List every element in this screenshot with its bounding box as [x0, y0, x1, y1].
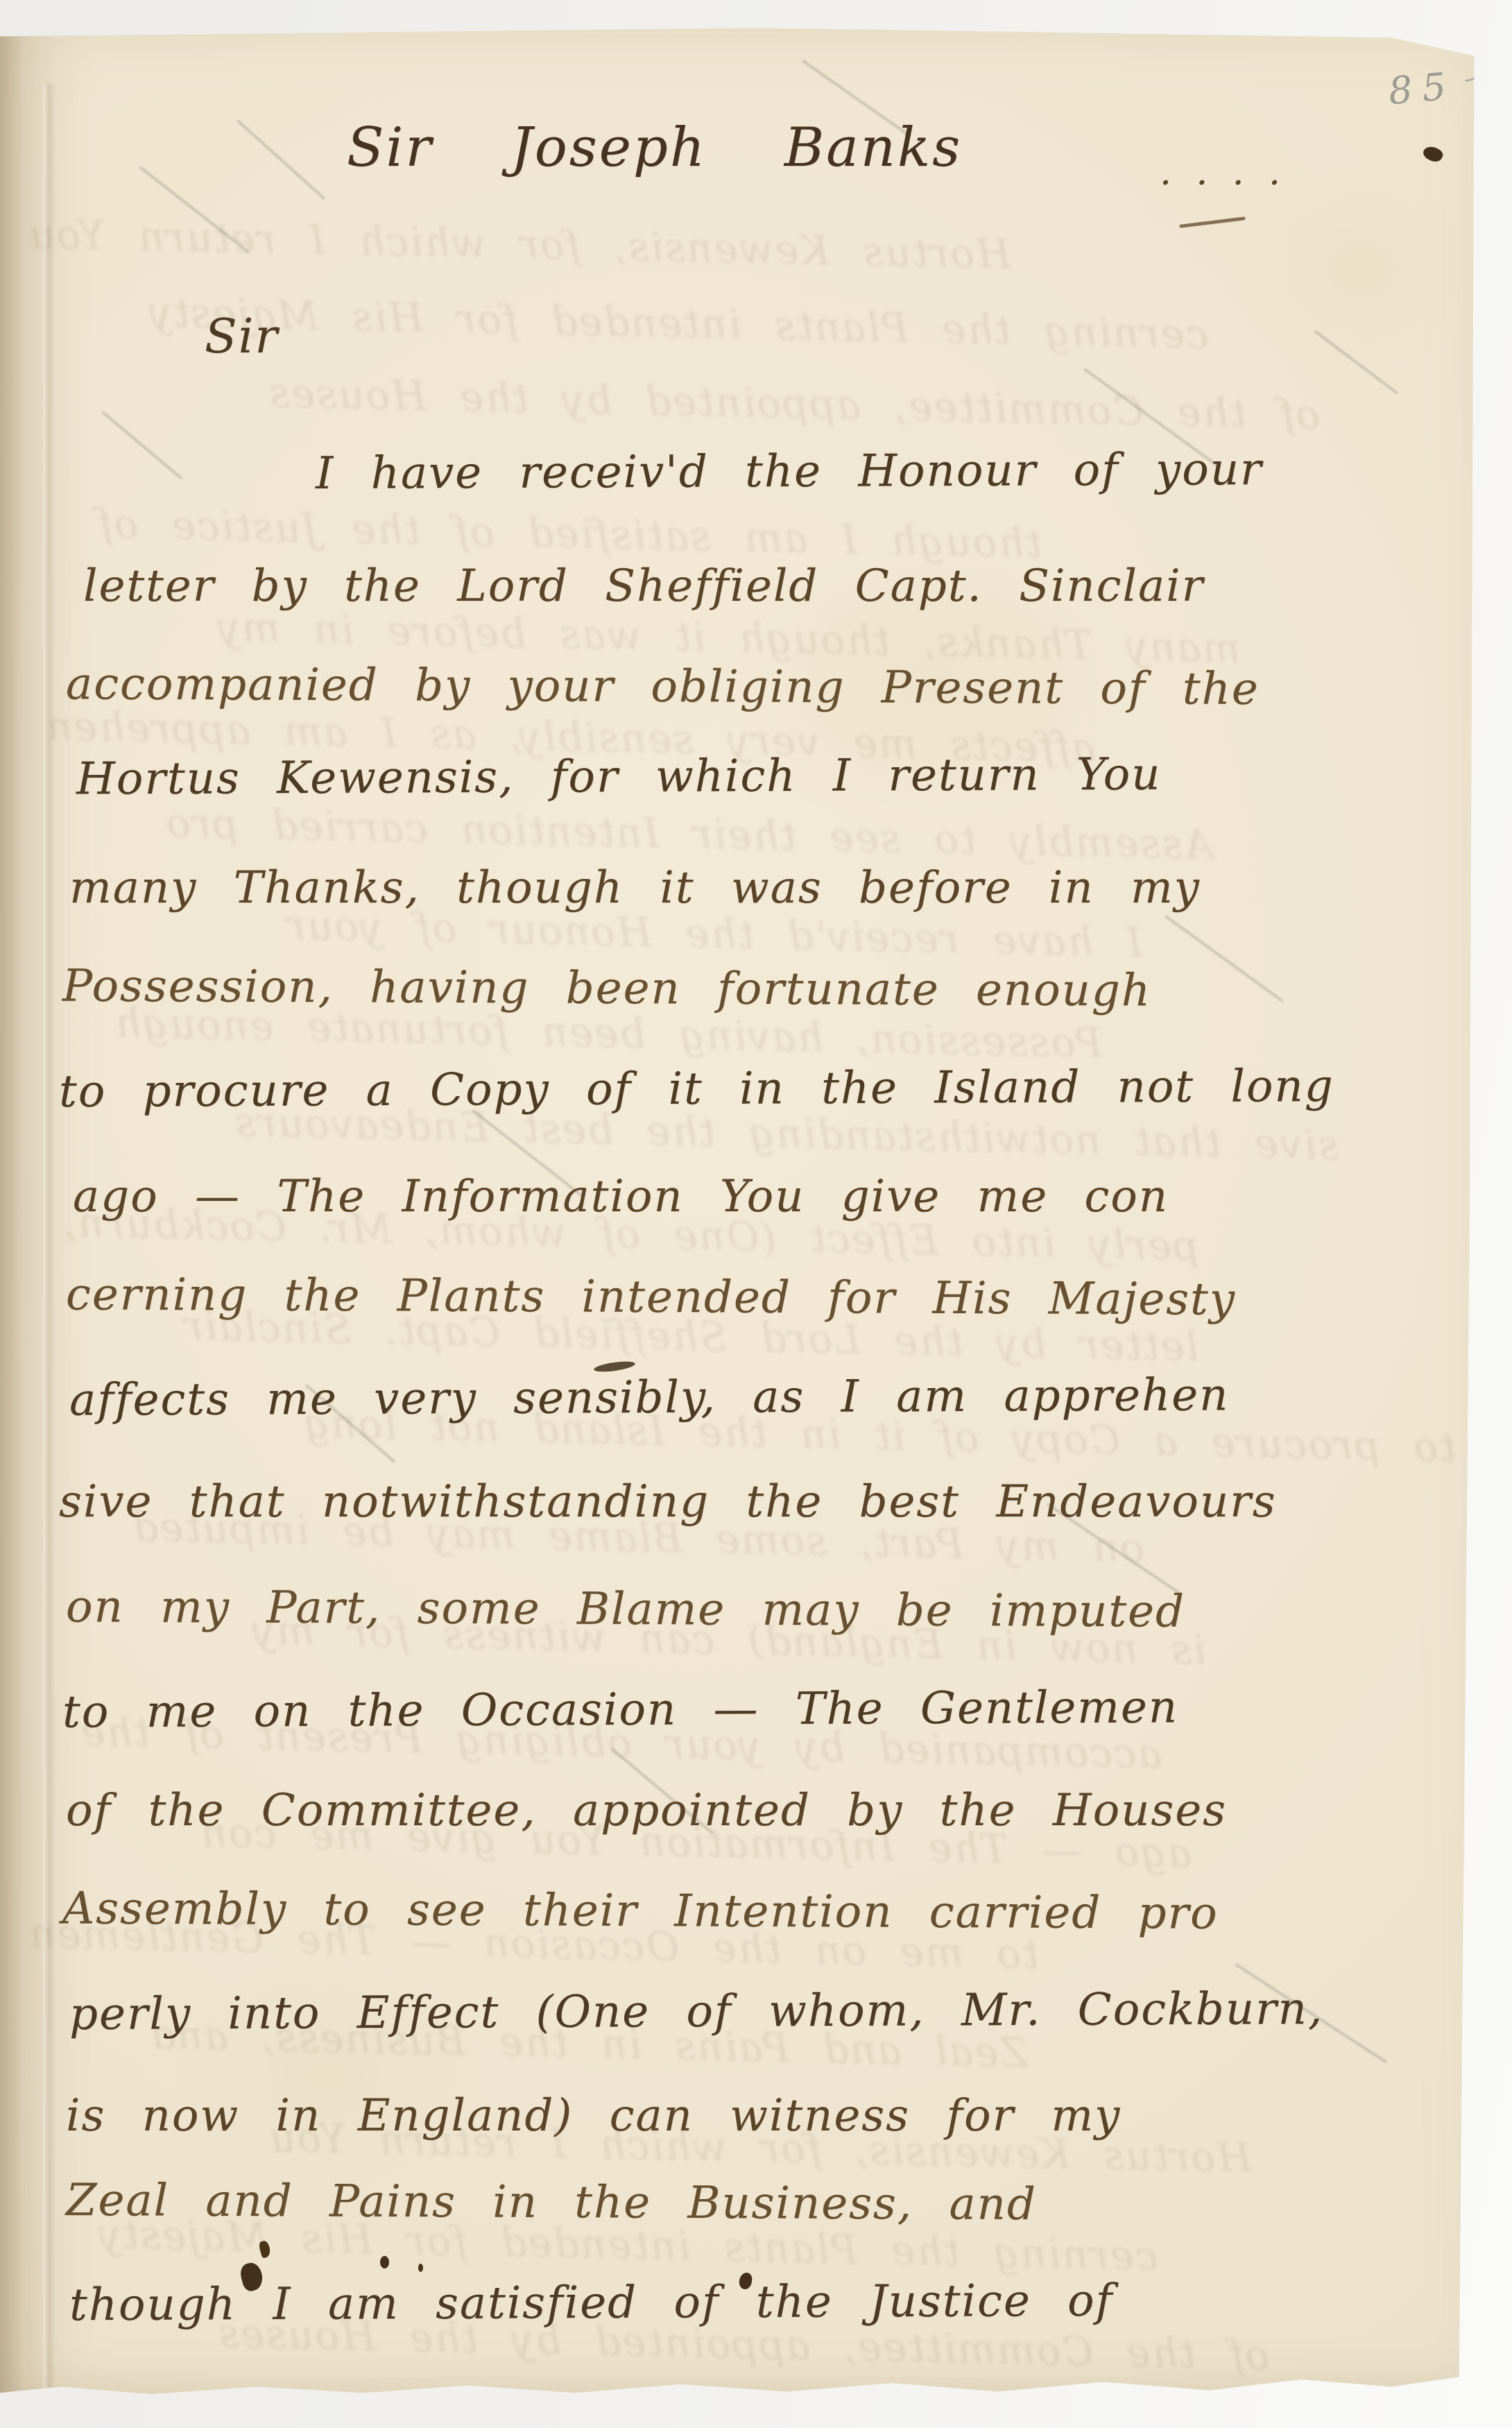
salutation: Sir: [205, 309, 279, 364]
manuscript-line: of the Committee, appointed by the House…: [66, 1785, 1227, 1836]
bleedthrough-line: Assembly to see their Intention carried …: [164, 799, 1213, 869]
ink-blot: [593, 1360, 635, 1374]
manuscript-line: cerning the Plants intended for His Maje…: [66, 1269, 1236, 1325]
heading-underline: [1179, 216, 1246, 228]
manuscript-line: sive that notwithstanding the best Endea…: [59, 1476, 1277, 1528]
manuscript-line: perly into Effect (One of whom, Mr. Cock…: [69, 1983, 1323, 2040]
manuscript-line: Hortus Kewensis, for which I return You: [76, 749, 1162, 805]
folio-number: 85: [1386, 64, 1457, 113]
manuscript-page: Hortus Kewensis, for which I return Youc…: [0, 0, 1512, 2428]
manuscript-line: to me on the Occasion — The Gentlemen: [62, 1682, 1178, 1738]
manuscript-line: I have receiv'd the Honour of your: [316, 444, 1263, 499]
bleedthrough-line: cerning the Plants intended for His Maje…: [147, 289, 1209, 358]
letter-heading: Sir Joseph Banks: [347, 117, 962, 179]
manuscript-line: is now in England) can witness for my: [66, 2090, 1121, 2141]
pencil-scribble: [1165, 915, 1284, 1003]
manuscript-line: Possession, having been fortunate enough: [62, 961, 1151, 1017]
bleedthrough-line: Hortus Kewensis, for which I return You: [27, 210, 1011, 278]
manuscript-line: letter by the Lord Sheffield Capt. Sincl…: [83, 561, 1204, 612]
pencil-scribble: [236, 119, 325, 200]
manuscript-line: accompanied by your obliging Present of …: [66, 658, 1260, 715]
fold-crease: [43, 83, 55, 2428]
ink-blot: [380, 2256, 389, 2268]
manuscript-line: ago — The Information You give me con: [73, 1171, 1169, 1222]
manuscript-line: many Thanks, though it was before in my: [69, 862, 1201, 914]
heading-flourish: · · · ·: [1160, 161, 1287, 205]
pencil-scribble: [1314, 330, 1398, 394]
bleedthrough-line: though I am satisfied of the Justice of: [96, 500, 1042, 567]
manuscript-line: Zeal and Pains in the Business, and: [66, 2175, 1037, 2230]
folio-flourish: [1465, 73, 1495, 83]
pencil-scribble: [101, 411, 182, 479]
manuscript-line: though I am satisfied of the Justice of: [69, 2275, 1114, 2332]
manuscript-line: to procure a Copy of it in the Island no…: [59, 1061, 1334, 1118]
manuscript-line: on my Part, some Blame may be imputed: [66, 1581, 1185, 1637]
manuscript-line: affects me very sensibly, as I am appreh…: [69, 1369, 1230, 1426]
ink-blot: [1421, 144, 1445, 165]
manuscript-line: Assembly to see their Intention carried …: [62, 1883, 1219, 1939]
scan-background: Hortus Kewensis, for which I return Youc…: [0, 0, 1512, 2428]
binding-gutter-shadow: [0, 0, 24, 2428]
